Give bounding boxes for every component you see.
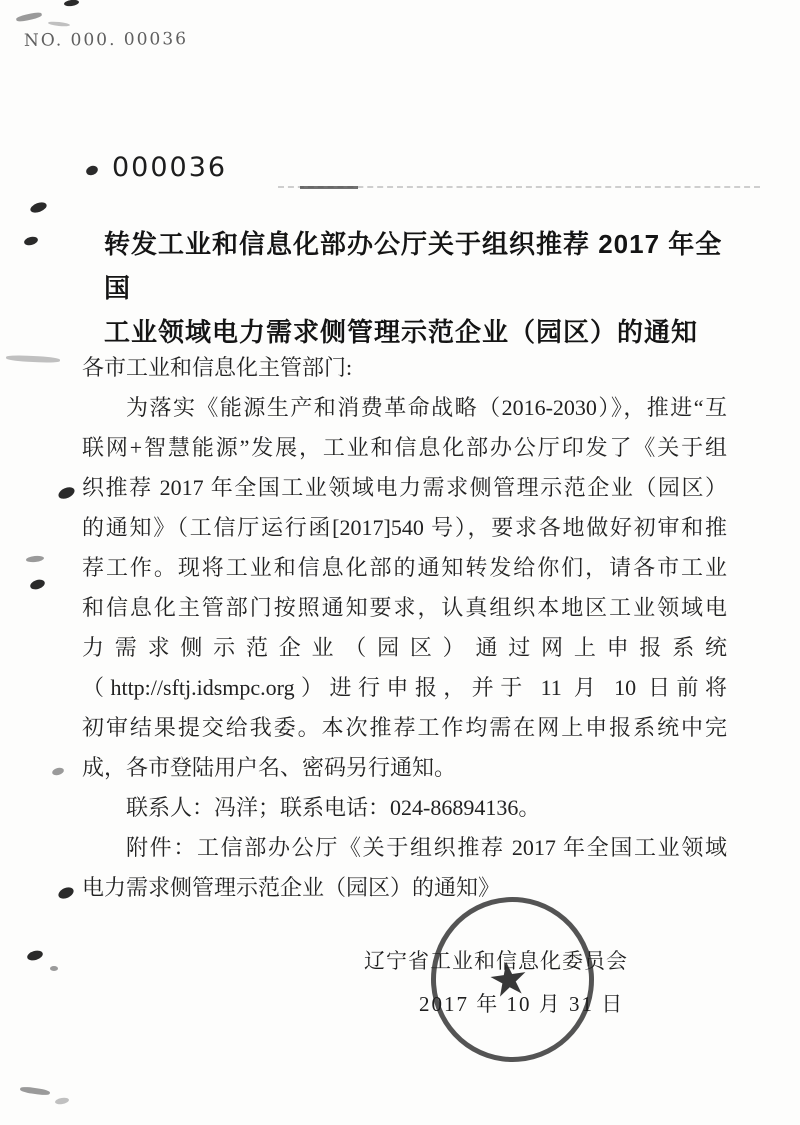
body-line: 初审结果提交给我委。本次推荐工作均需在网上申报系统中完: [82, 708, 727, 748]
scanned-document-page: NO. 000. 00036 000036 ★ 转发工业和信息化部办公厅关于组织…: [0, 0, 800, 1125]
scan-smudge: [57, 485, 77, 501]
scan-dashed-line-dark-segment: [300, 186, 358, 189]
body-line: （http://sftj.idsmpc.org）进行申报，并于 11 月 10 …: [82, 668, 727, 708]
scan-smudge: [29, 578, 46, 591]
body-line: 力需求侧示范企业（园区）通过网上申报系统: [82, 628, 727, 668]
scan-smudge: [51, 767, 64, 777]
scan-smudge: [64, 0, 80, 7]
body-line: 为落实《能源生产和消费革命战略（2016-2030）》，推进“互: [82, 388, 727, 428]
document-title-line-1: 转发工业和信息化部办公厅关于组织推荐 2017 年全国: [104, 222, 724, 310]
attachment-line-2: 电力需求侧管理示范企业（园区）的通知》: [82, 868, 727, 908]
attachment-line-1: 附件：工信部办公厅《关于组织推荐 2017 年全国工业领域: [82, 828, 727, 868]
scan-smudge: [85, 164, 99, 177]
body-line: 成，各市登陆用户名、密码另行通知。: [82, 748, 727, 788]
contact-line: 联系人：冯洋；联系电话：024-86894136。: [82, 788, 727, 828]
document-page-number: 000036: [112, 152, 227, 183]
body-line: 联网+智慧能源”发展，工业和信息化部办公厅印发了《关于组: [82, 428, 727, 468]
scan-smudge: [55, 1097, 70, 1105]
scan-smudge: [50, 966, 58, 971]
body-line: 荐工作。现将工业和信息化部的通知转发给你们，请各市工业: [82, 548, 727, 588]
signature-organization: 辽宁省工业和信息化委员会: [364, 945, 628, 975]
body-line: 和信息化主管部门按照通知要求，认真组织本地区工业领域电: [82, 588, 727, 628]
document-body: 各市工业和信息化主管部门: 为落实《能源生产和消费革命战略（2016-2030）…: [82, 348, 727, 908]
salutation: 各市工业和信息化主管部门:: [82, 348, 727, 388]
body-line: 织推荐 2017 年全国工业领域电力需求侧管理示范企业（园区）: [82, 468, 727, 508]
scan-smudge: [23, 235, 39, 246]
scan-smudge: [6, 355, 60, 364]
scan-smudge: [26, 555, 45, 563]
scan-smudge: [48, 21, 70, 27]
signature-date: 2017 年 10 月 31 日: [419, 988, 624, 1018]
scan-smudge: [20, 1086, 51, 1096]
scan-smudge: [29, 200, 48, 214]
document-title: 转发工业和信息化部办公厅关于组织推荐 2017 年全国 工业领域电力需求侧管理示…: [104, 222, 724, 354]
scan-smudge: [16, 11, 43, 22]
scan-smudge: [26, 949, 44, 962]
body-line: 的通知》（工信厅运行函[2017]540 号），要求各地做好初审和推: [82, 508, 727, 548]
archive-corner-number: NO. 000. 00036: [24, 29, 188, 51]
scan-smudge: [57, 885, 76, 901]
